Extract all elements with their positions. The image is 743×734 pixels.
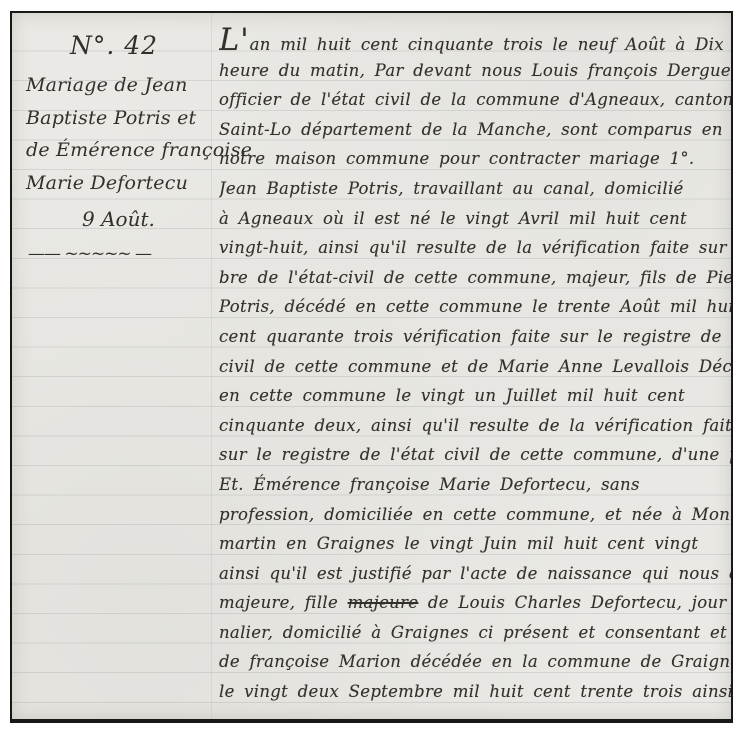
body-line: notre maison commune pour contracter mar… (219, 144, 731, 174)
margin-annotation: N°. 42 Mariage de JeanBaptiste Potris et… (12, 13, 212, 264)
body-line-segment: le vingt deux Septembre mil huit cent tr… (219, 682, 731, 701)
body-line: ainsi qu'il est justifié par l'acte de n… (219, 559, 731, 589)
body-line: vingt-huit, ainsi qu'il resulte de la vé… (219, 233, 731, 263)
margin-flourish: —— ~~~~~ — (26, 244, 208, 264)
body-line: Et. Émérence françoise Marie Defortecu, … (219, 470, 731, 500)
body-line-segment: officier de l'état civil de la commune d… (219, 90, 731, 109)
body-line-segment: sur le registre de l'état civil de cette… (219, 445, 731, 464)
body-line: à Agneaux où il est né le vingt Avril mi… (219, 204, 731, 234)
body-line-segment: cent quarante trois vérification faite s… (219, 327, 731, 346)
body-line: sur le registre de l'état civil de cette… (219, 440, 731, 470)
body-line: Potris, décédé en cette commune le trent… (219, 292, 731, 322)
body-line-segment: en cette commune le vingt un Juillet mil… (219, 386, 685, 405)
body-line: majeure, fille majeure de Louis Charles … (219, 588, 731, 618)
body-line: martin en Graignes le vingt Juin mil hui… (219, 529, 731, 559)
body-line-segment: L'an mil huit cent cinquante trois le ne… (219, 35, 724, 54)
margin-title: Mariage de JeanBaptiste Potris etde Émér… (26, 69, 208, 199)
body-line-segment: à Agneaux où il est né le vingt Avril mi… (219, 209, 687, 228)
body-line: Saint-Lo département de la Manche, sont … (219, 115, 731, 145)
body-line-segment: de Louis Charles Defortecu, jour (418, 593, 726, 612)
body-line-segment: ainsi qu'il est justifié par l'acte de n… (219, 564, 731, 583)
body-line-segment: martin en Graignes le vingt Juin mil hui… (219, 534, 698, 553)
body-line-segment: Et. Émérence françoise Marie Defortecu, … (219, 475, 640, 494)
body-line: nalier, domicilié à Graignes ci présent … (219, 618, 731, 648)
body-line-segment: Saint-Lo département de la Manche, sont … (219, 120, 723, 139)
body-line: en cette commune le vingt un Juillet mil… (219, 381, 731, 411)
body-line: cent quarante trois vérification faite s… (219, 322, 731, 352)
body-line: Jean Baptiste Potris, travaillant au can… (219, 174, 731, 204)
body-line-segment: vingt-huit, ainsi qu'il resulte de la vé… (219, 238, 731, 257)
struck-word: majeure (348, 593, 419, 612)
margin-title-line: Baptiste Potris et (26, 102, 208, 135)
body-line: le vingt deux Septembre mil huit cent tr… (219, 677, 731, 707)
body-line: officier de l'état civil de la commune d… (219, 85, 731, 115)
body-line-segment: de françoise Marion décédée en la commun… (219, 652, 731, 671)
margin-title-line: de Émérence françoise (26, 134, 208, 167)
body-line: L'an mil huit cent cinquante trois le ne… (219, 26, 731, 56)
body-line: de françoise Marion décédée en la commun… (219, 647, 731, 677)
margin-date: 9 Août. (26, 202, 208, 236)
body-line-segment: profession, domiciliée en cette commune,… (219, 505, 731, 524)
record-number: N°. 42 (26, 29, 208, 63)
body-line-segment: Jean Baptiste Potris, travaillant au can… (219, 179, 684, 198)
body-line-segment: notre maison commune pour contracter mar… (219, 149, 694, 168)
body-text: L'an mil huit cent cinquante trois le ne… (219, 26, 731, 707)
body-line: cinquante deux, ainsi qu'il resulte de l… (219, 411, 731, 441)
body-line-segment: civil de cette commune et de Marie Anne … (219, 357, 731, 376)
scan-frame: N°. 42 Mariage de JeanBaptiste Potris et… (0, 0, 743, 734)
body-line: profession, domiciliée en cette commune,… (219, 500, 731, 530)
body-line-segment: nalier, domicilié à Graignes ci présent … (219, 623, 727, 642)
body-line: heure du matin, Par devant nous Louis fr… (219, 56, 731, 86)
body-line: bre de l'état-civil de cette commune, ma… (219, 263, 731, 293)
body-line-segment: bre de l'état-civil de cette commune, ma… (219, 268, 731, 287)
body-line: civil de cette commune et de Marie Anne … (219, 352, 731, 382)
margin-title-line: Mariage de Jean (26, 69, 208, 102)
body-line-segment: cinquante deux, ainsi qu'il resulte de l… (219, 416, 731, 435)
margin-title-line: Marie Defortecu (26, 167, 208, 200)
body-line-segment: majeure, fille (219, 593, 348, 612)
register-page: N°. 42 Mariage de JeanBaptiste Potris et… (10, 11, 733, 723)
body-line-segment: heure du matin, Par devant nous Louis fr… (219, 61, 731, 80)
body-line-segment: Potris, décédé en cette commune le trent… (219, 297, 731, 316)
